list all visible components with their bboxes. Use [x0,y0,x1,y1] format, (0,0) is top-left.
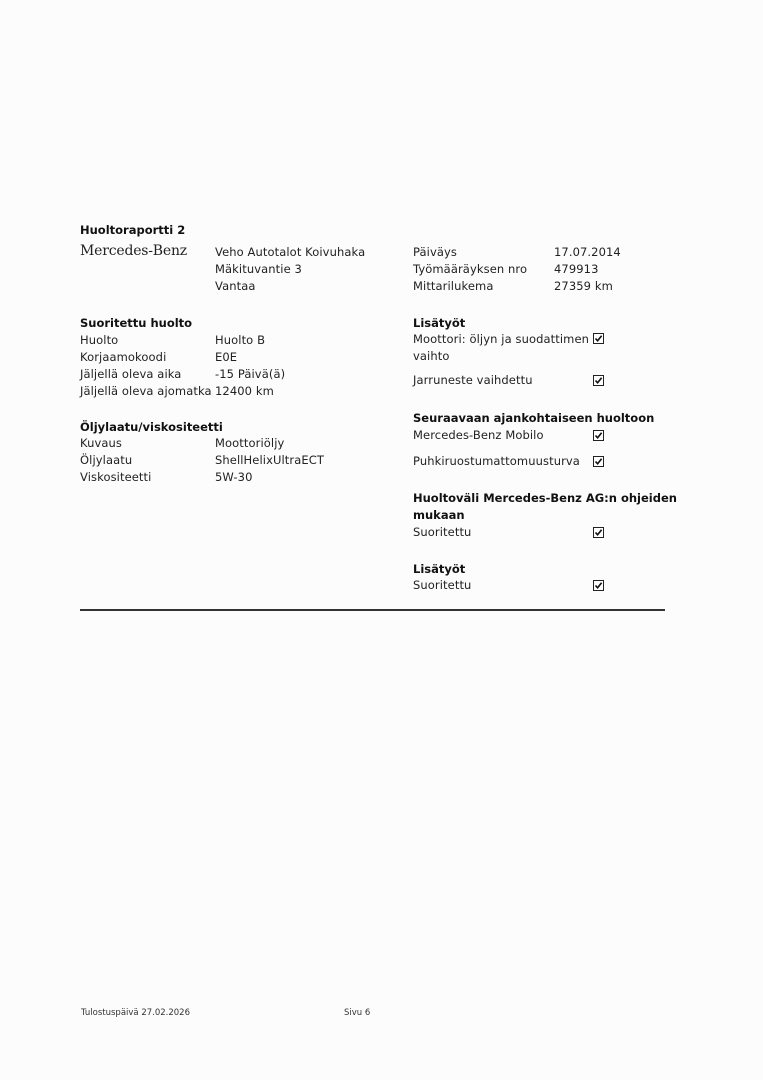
checkmark-icon [594,376,603,385]
service-value: -15 Päivä(ä) [215,366,285,383]
service-label: Jäljellä oleva aika [80,366,212,383]
extra-work-item-oil-change: Moottori: öljyn ja suodattimen vaihto [413,331,589,365]
oil-label: Öljylaatu [80,452,151,469]
checkbox-brake-fluid[interactable] [593,375,604,386]
checkbox-extra-work-done[interactable] [593,580,604,591]
service-values: Huolto B E0E -15 Päivä(ä) 12400 km [215,332,285,400]
meta-values: 17.07.2014 479913 27359 km [554,244,621,295]
service-label: Huolto [80,332,212,349]
oil-label: Kuvaus [80,435,151,452]
checkmark-icon [594,581,603,590]
dealer-address: Veho Autotalot Koivuhaka Mäkituvantie 3 … [215,244,365,295]
extra-work-label: vaihto [413,348,589,365]
oil-value: Moottoriöljy [215,435,324,452]
oil-value: ShellHelixUltraECT [215,452,324,469]
checkmark-icon [594,457,603,466]
extra-work-label: Moottori: öljyn ja suodattimen [413,331,589,348]
date-value: 17.07.2014 [554,244,621,261]
oil-labels: Kuvaus Öljylaatu Viskositeetti [80,435,151,486]
work-order-value: 479913 [554,261,621,278]
service-value: E0E [215,349,285,366]
service-value: Huolto B [215,332,285,349]
oil-heading: Öljylaatu/viskositeetti [80,419,223,436]
next-service-label: Mercedes-Benz Mobilo [413,427,544,444]
extra-work-heading: Lisätyöt [413,315,465,332]
interval-heading-line: mukaan [413,507,677,524]
checkmark-icon [594,431,603,440]
oil-values: Moottoriöljy ShellHelixUltraECT 5W-30 [215,435,324,486]
work-order-label: Työmääräyksen nro [413,261,527,278]
dealer-street: Mäkituvantie 3 [215,261,365,278]
interval-label: Suoritettu [413,524,471,541]
dealer-city: Vantaa [215,278,365,295]
next-service-heading: Seuraavaan ajankohtaiseen huoltoon [413,410,654,427]
print-date: Tulostuspäivä 27.02.2026 [81,1008,190,1018]
service-value: 12400 km [215,383,285,400]
checkbox-interval-done[interactable] [593,527,604,538]
dealer-name: Veho Autotalot Koivuhaka [215,244,365,261]
date-label: Päiväys [413,244,527,261]
oil-label: Viskositeetti [80,469,151,486]
report-title: Huoltoraportti 2 [80,222,185,239]
checkmark-icon [594,334,603,343]
extra-work-2-heading: Lisätyöt [413,561,465,578]
checkbox-rust-warranty[interactable] [593,456,604,467]
service-heading: Suoritettu huolto [80,315,192,332]
service-label: Jäljellä oleva ajomatka [80,383,212,400]
checkmark-icon [594,528,603,537]
page-number: Sivu 6 [344,1008,370,1018]
odometer-value: 27359 km [554,278,621,295]
divider-line [80,609,665,611]
checkbox-mobilo[interactable] [593,430,604,441]
extra-work-label: Jarruneste vaihdettu [413,372,533,389]
checkbox-oil-change[interactable] [593,333,604,344]
extra-work-2-label: Suoritettu [413,577,471,594]
meta-labels: Päiväys Työmääräyksen nro Mittarilukema [413,244,527,295]
interval-heading-line: Huoltoväli Mercedes-Benz AG:n ohjeiden [413,490,677,507]
odometer-label: Mittarilukema [413,278,527,295]
interval-heading: Huoltoväli Mercedes-Benz AG:n ohjeiden m… [413,490,677,524]
brand-logo-text: Mercedes-Benz [80,243,187,259]
service-labels: Huolto Korjaamokoodi Jäljellä oleva aika… [80,332,212,400]
oil-value: 5W-30 [215,469,324,486]
service-label: Korjaamokoodi [80,349,212,366]
next-service-label: Puhkiruostumattomuusturva [413,453,580,470]
